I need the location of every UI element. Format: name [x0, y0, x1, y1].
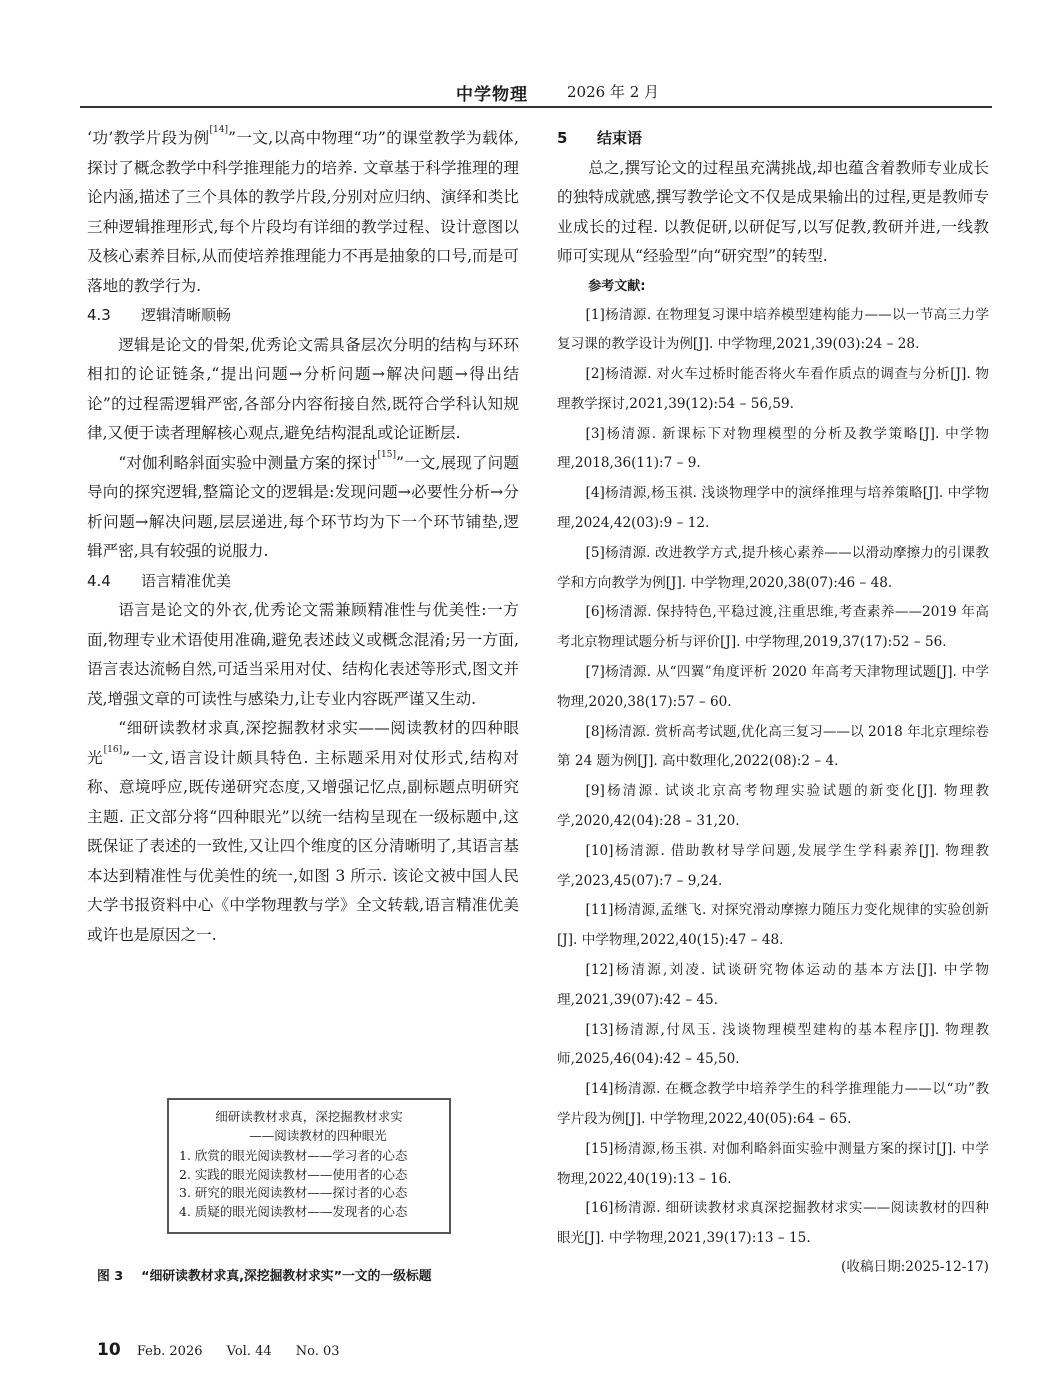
footer-issue: No. 03	[296, 1344, 340, 1359]
section-heading-5: 5结束语	[557, 124, 989, 154]
section-heading-4-4: 4.4语言精准优美	[87, 567, 519, 597]
figure-caption-text: “细研读教材求真,深挖掘教材求实”一文的一级标题	[141, 1269, 431, 1284]
citation-15[interactable]: [15]	[378, 450, 396, 460]
issue-date: 2026 年 2 月	[567, 81, 659, 102]
figure-caption: 图 3“细研读教材求真,深挖掘教材求实”一文的一级标题	[97, 1265, 432, 1284]
reference-item: [7]杨清源. 从“四翼”角度评析 2020 年高考天津物理试题[J]. 中学物…	[557, 658, 989, 718]
paragraph-logic-example: “对伽利略斜面实验中测量方案的探讨[15]”一文,展现了问题导向的探究逻辑,整篇…	[87, 449, 519, 567]
reference-item: [8]杨清源. 赏析高考试题,优化高三复习——以 2018 年北京理综卷第 24…	[557, 718, 989, 778]
footer-month: Feb. 2026	[137, 1344, 203, 1359]
figure-item: 3. 研究的眼光阅读教材——探讨者的心态	[179, 1184, 449, 1203]
section-heading-4-3: 4.3逻辑清晰顺畅	[87, 301, 519, 331]
figure-item: 4. 质疑的眼光阅读教材——发现者的心态	[179, 1203, 449, 1222]
paragraph-language: 语言是论文的外衣,优秀论文需兼顾精准性与优美性:一方面,物理专业术语使用准确,避…	[87, 596, 519, 714]
right-column: 5结束语 总之,撰写论文的过程虽充满挑战,却也蕴含着教师专业成长的独特成就感,撰…	[557, 124, 989, 1280]
reference-item: [9]杨清源. 试谈北京高考物理实验试题的新变化[J]. 物理教学,2020,4…	[557, 777, 989, 837]
reference-item: [1]杨清源. 在物理复习课中培养模型建构能力——以一节高三力学复习课的教学设计…	[557, 301, 989, 361]
paragraph-logic: 逻辑是论文的骨架,优秀论文需具备层次分明的结构与环环相扣的论证链条,“提出问题→…	[87, 331, 519, 449]
reference-item: [10]杨清源. 借助教材导学问题,发展学生学科素养[J]. 物理教学,2023…	[557, 837, 989, 897]
received-date: (收稿日期:2025-12-17)	[557, 1254, 989, 1280]
citation-16[interactable]: [16]	[104, 745, 122, 755]
figure-item-list: 1. 欣赏的眼光阅读教材——学习者的心态 2. 实践的眼光阅读教材——使用者的心…	[169, 1147, 449, 1221]
figure-number: 图 3	[97, 1269, 123, 1284]
references-heading: 参考文献:	[557, 272, 989, 301]
reference-item: [12]杨清源,刘凌. 试谈研究物体运动的基本方法[J]. 中学物理,2021,…	[557, 956, 989, 1016]
reference-item: [5]杨清源. 改进教学方式,提升核心素养——以滑动摩擦力的引课教学和方向教学为…	[557, 539, 989, 599]
page-number: 10	[97, 1340, 121, 1360]
reference-item: [4]杨清源,杨玉祺. 浅谈物理学中的演绎推理与培养策略[J]. 中学物理,20…	[557, 479, 989, 539]
reference-list: [1]杨清源. 在物理复习课中培养模型建构能力——以一节高三力学复习课的教学设计…	[557, 301, 989, 1255]
reference-item: [3]杨清源. 新课标下对物理模型的分析及教学策略[J]. 中学物理,2018,…	[557, 420, 989, 480]
paragraph-language-example: “细研读教材求真,深挖掘教材求实——阅读教材的四种眼光[16]”一文,语言设计颇…	[87, 714, 519, 950]
figure-3-box: 细研读教材求真，深挖掘教材求实 ——阅读教材的四种眼光 1. 欣赏的眼光阅读教材…	[167, 1098, 451, 1234]
paragraph-conclusion: 总之,撰写论文的过程虽充满挑战,却也蕴含着教师专业成长的独特成就感,撰写教学论文…	[557, 154, 989, 272]
running-footer: 10 Feb. 2026 Vol. 44 No. 03	[97, 1340, 360, 1360]
figure-title-line2: ——阅读教材的四种眼光	[169, 1127, 449, 1146]
figure-item: 1. 欣赏的眼光阅读教材——学习者的心态	[179, 1147, 449, 1166]
footer-volume: Vol. 44	[227, 1344, 272, 1359]
reference-item: [14]杨清源. 在概念教学中培养学生的科学推理能力——以“功”教学片段为例[J…	[557, 1075, 989, 1135]
figure-title-line1: 细研读教材求真，深挖掘教材求实	[169, 1108, 449, 1127]
figure-item: 2. 实践的眼光阅读教材——使用者的心态	[179, 1166, 449, 1185]
reference-item: [16]杨清源. 细研读教材求真深挖掘教材求实——阅读教材的四种眼光[J]. 中…	[557, 1194, 989, 1254]
reference-item: [2]杨清源. 对火车过桥时能否将火车看作质点的调查与分析[J]. 物理教学探讨…	[557, 360, 989, 420]
reference-item: [6]杨清源. 保持特色,平稳过渡,注重思维,考查素养——2019 年高考北京物…	[557, 598, 989, 658]
running-header: 中学物理 2026 年 2 月	[80, 74, 992, 108]
reference-item: [11]杨清源,孟继飞. 对探究滑动摩擦力随压力变化规律的实验创新[J]. 中学…	[557, 896, 989, 956]
reference-item: [13]杨清源,付凤玉. 浅谈物理模型建构的基本程序[J]. 物理教师,2025…	[557, 1016, 989, 1076]
citation-14[interactable]: [14]	[210, 125, 228, 135]
reference-item: [15]杨清源,杨玉祺. 对伽利略斜面实验中测量方案的探讨[J]. 中学物理,2…	[557, 1135, 989, 1195]
left-column: ‘功’教学片段为例[14]”一文,以高中物理“功”的课堂教学为载体,探讨了概念教…	[87, 124, 519, 950]
journal-name: 中学物理	[456, 80, 528, 105]
paragraph-intro: ‘功’教学片段为例[14]”一文,以高中物理“功”的课堂教学为载体,探讨了概念教…	[87, 124, 519, 301]
